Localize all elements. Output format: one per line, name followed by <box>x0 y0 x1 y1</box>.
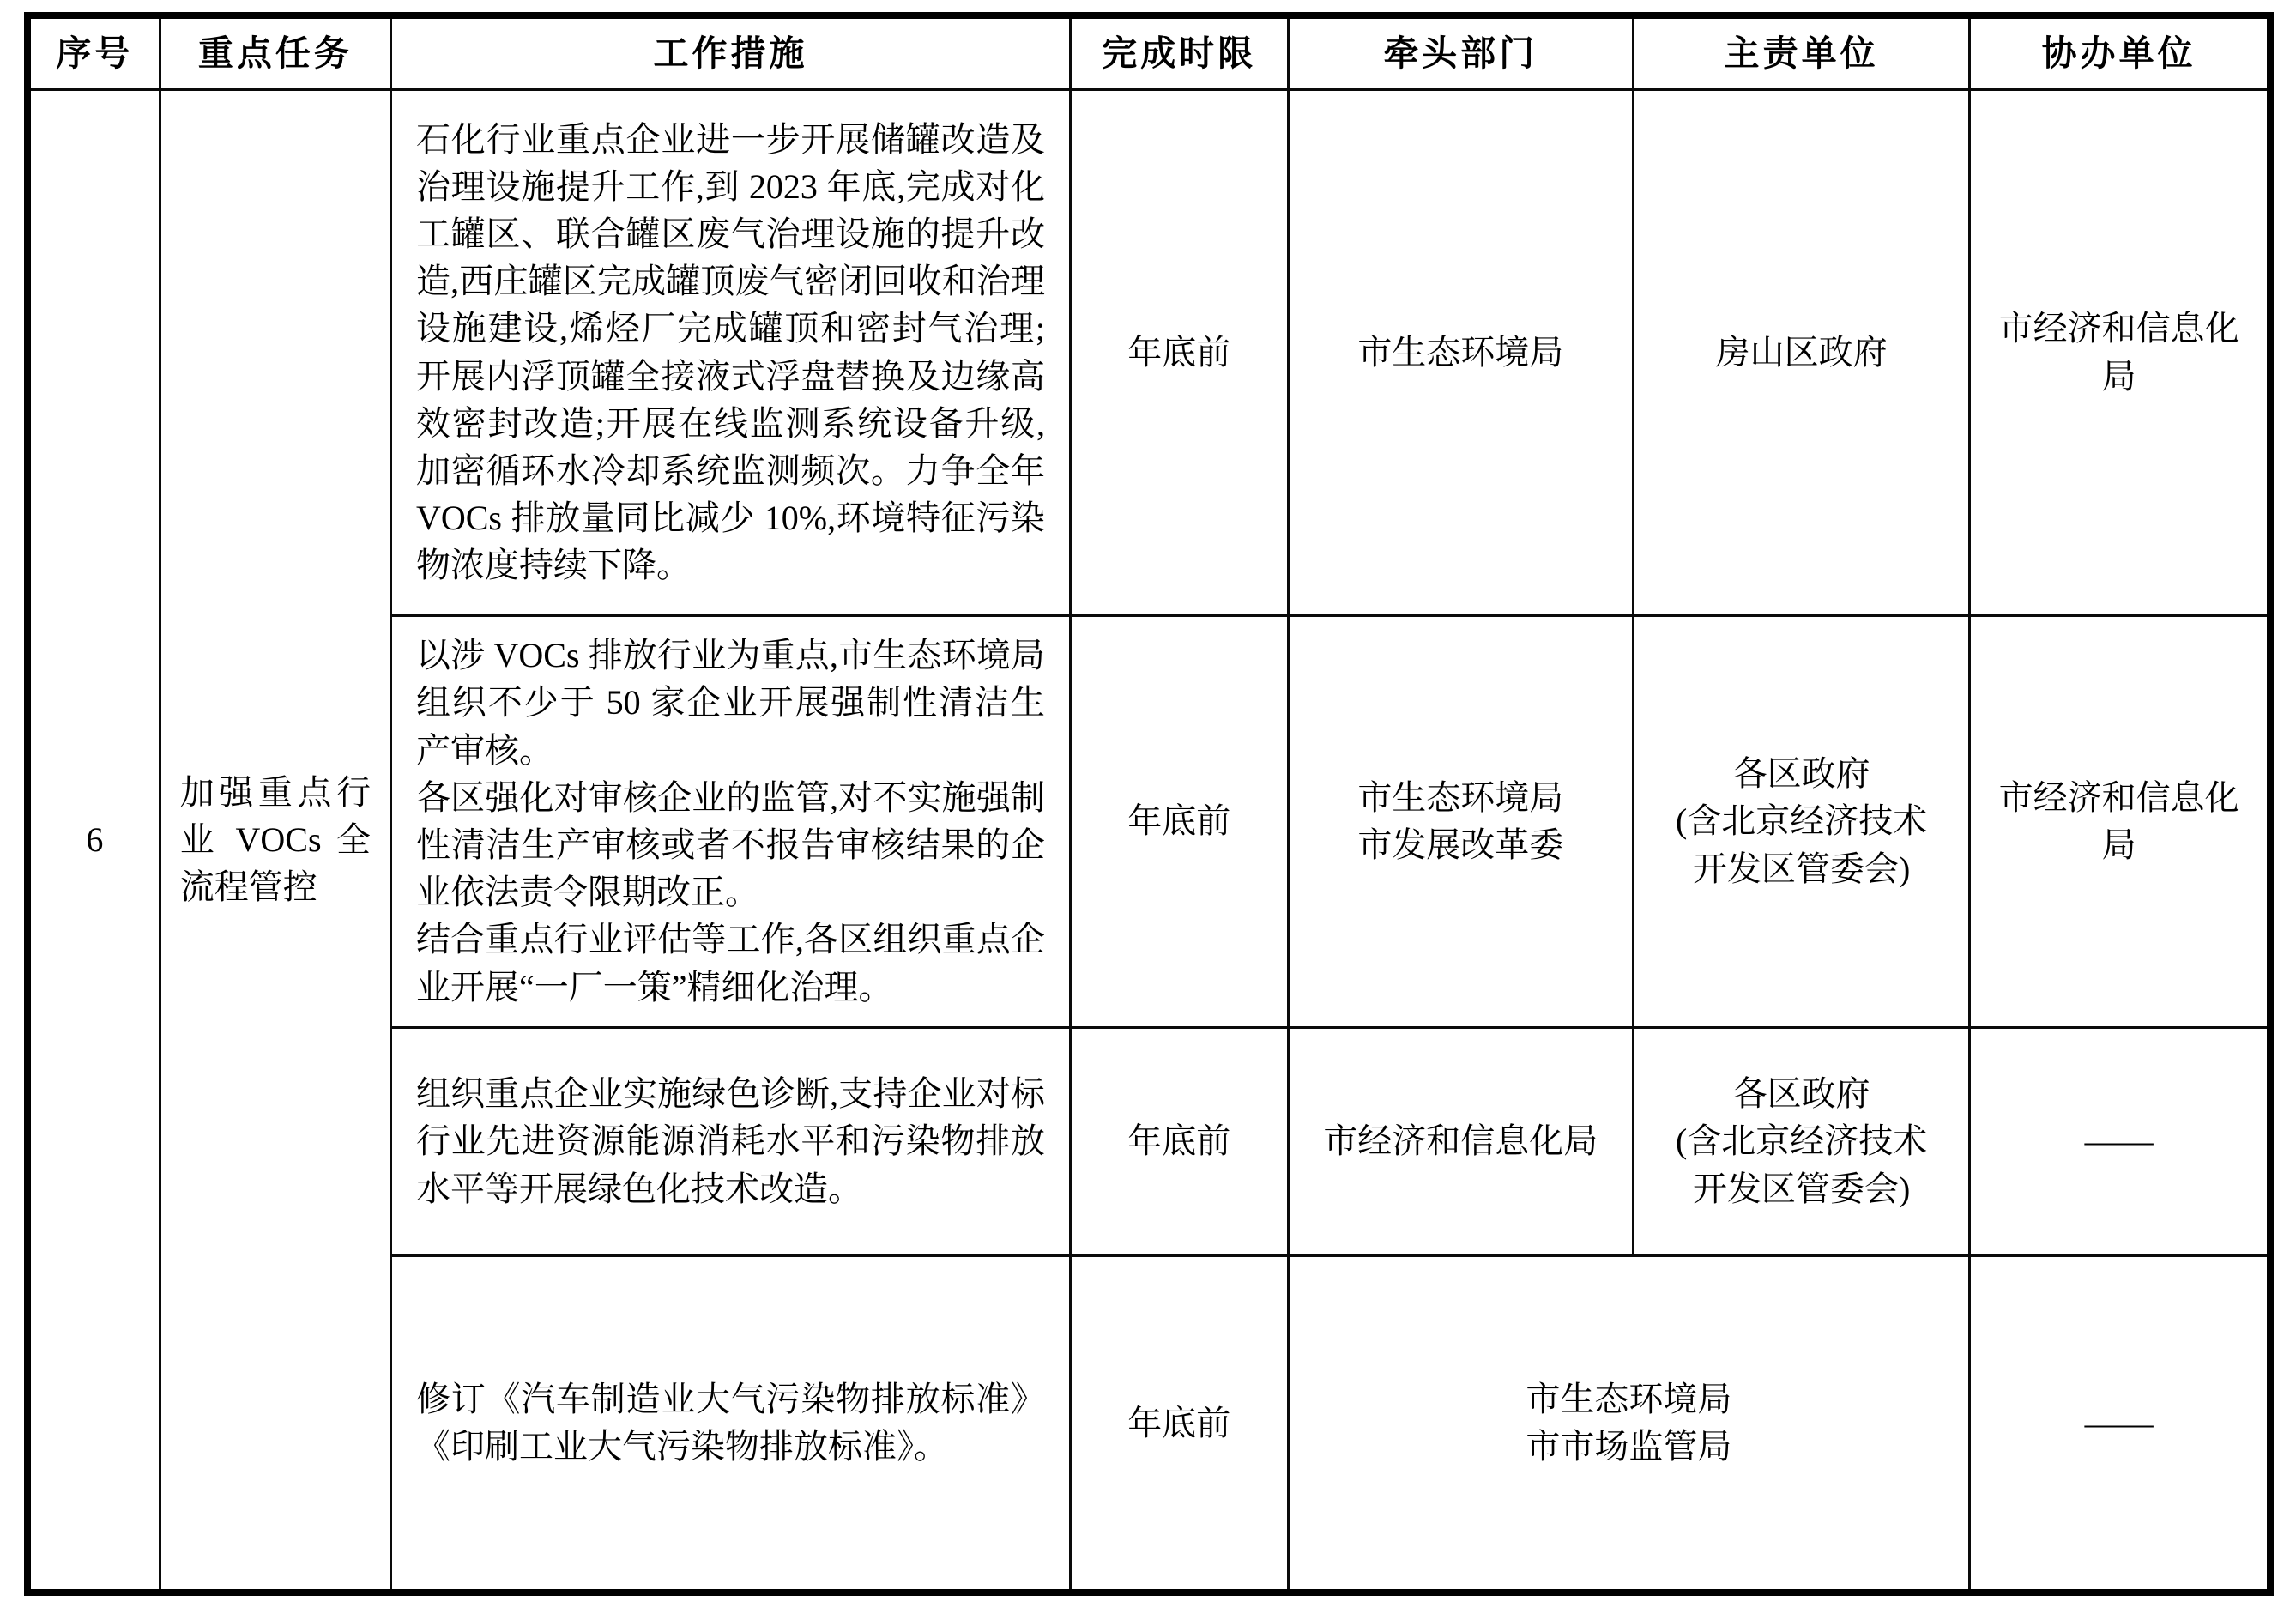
header-serial: 序号 <box>27 15 160 89</box>
deadline-cell: 年底前 <box>1071 615 1289 1027</box>
lead-responsible-merged-cell: 市生态环境局 市市场监管局 <box>1288 1255 1970 1593</box>
responsible-unit-cell: 各区政府 (含北京经济技术 开发区管委会) <box>1634 615 1970 1027</box>
deadline-cell: 年底前 <box>1071 89 1289 615</box>
measure-cell: 修订《汽车制造业大气污染物排放标准》《印刷工业大气污染物排放标准》。 <box>390 1255 1070 1593</box>
serial-cell: 6 <box>27 89 160 1593</box>
header-task: 重点任务 <box>160 15 390 89</box>
lead-dept-cell: 市经济和信息化局 <box>1288 1027 1634 1255</box>
header-row: 序号 重点任务 工作措施 完成时限 牵头部门 主责单位 协办单位 <box>27 15 2270 89</box>
assist-unit-cell: 市经济和信息化局 <box>1970 615 2270 1027</box>
header-responsible-unit: 主责单位 <box>1634 15 1970 89</box>
deadline-cell: 年底前 <box>1071 1255 1289 1593</box>
measure-cell: 组织重点企业实施绿色诊断,支持企业对标行业先进资源能源消耗水平和污染物排放水平等… <box>390 1027 1070 1255</box>
header-assist-unit: 协办单位 <box>1970 15 2270 89</box>
measure-cell: 以涉 VOCs 排放行业为重点,市生态环境局组织不少于 50 家企业开展强制性清… <box>390 615 1070 1027</box>
header-deadline: 完成时限 <box>1071 15 1289 89</box>
assist-unit-cell: —— <box>1970 1255 2270 1593</box>
lead-dept-cell: 市生态环境局 <box>1288 89 1634 615</box>
header-measures: 工作措施 <box>390 15 1070 89</box>
document-page: 序号 重点任务 工作措施 完成时限 牵头部门 主责单位 协办单位 6 加强重点行… <box>0 0 2296 1614</box>
assist-unit-cell: —— <box>1970 1027 2270 1255</box>
measure-cell: 石化行业重点企业进一步开展储罐改造及治理设施提升工作,到 2023 年底,完成对… <box>390 89 1070 615</box>
responsible-unit-cell: 房山区政府 <box>1634 89 1970 615</box>
lead-dept-cell: 市生态环境局 市发展改革委 <box>1288 615 1634 1027</box>
header-lead-dept: 牵头部门 <box>1288 15 1634 89</box>
responsible-unit-cell: 各区政府 (含北京经济技术 开发区管委会) <box>1634 1027 1970 1255</box>
task-cell: 加强重点行业 VOCs 全流程管控 <box>160 89 390 1593</box>
table-row: 6 加强重点行业 VOCs 全流程管控 石化行业重点企业进一步开展储罐改造及治理… <box>27 89 2270 615</box>
assist-unit-cell: 市经济和信息化局 <box>1970 89 2270 615</box>
deadline-cell: 年底前 <box>1071 1027 1289 1255</box>
task-table: 序号 重点任务 工作措施 完成时限 牵头部门 主责单位 协办单位 6 加强重点行… <box>24 12 2274 1596</box>
